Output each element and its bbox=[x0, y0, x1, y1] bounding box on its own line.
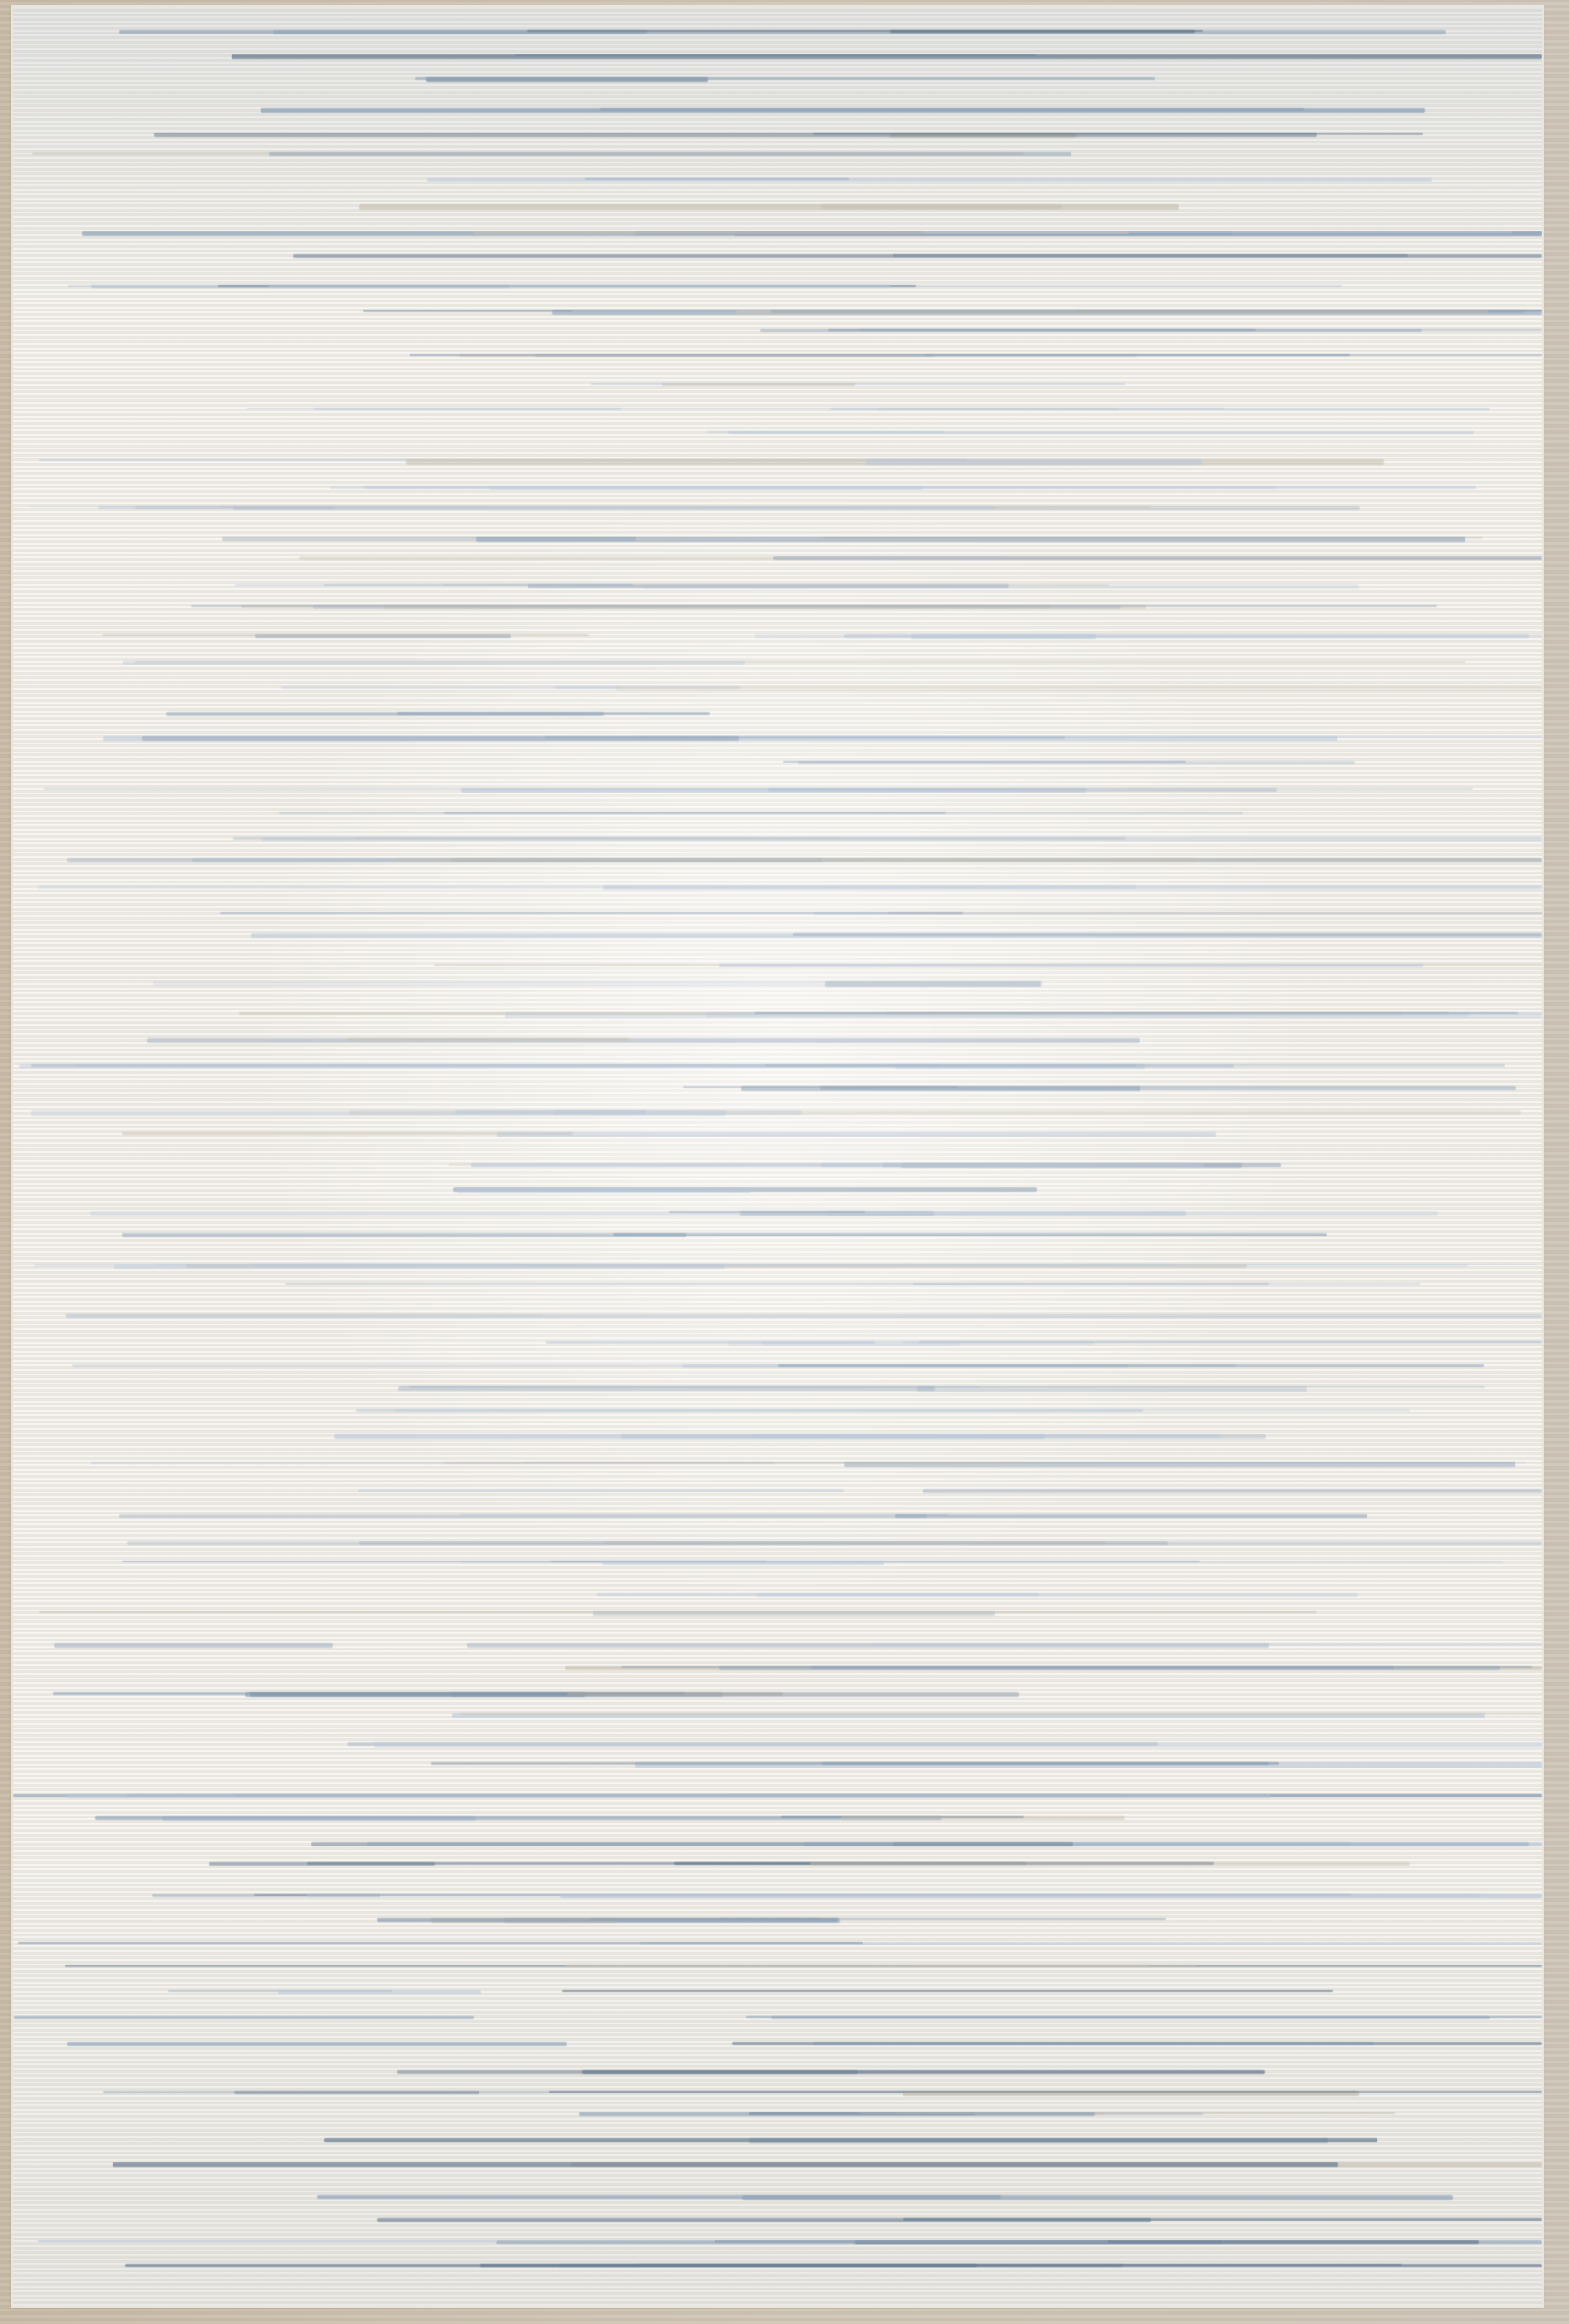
rug-stripe bbox=[773, 556, 1542, 559]
rug-stripe bbox=[398, 1386, 935, 1392]
rug-stripe bbox=[922, 231, 1512, 234]
rug-stripe bbox=[480, 2264, 977, 2267]
rug-stripe bbox=[871, 1643, 1542, 1647]
rug-stripe bbox=[65, 1314, 543, 1316]
rug-stripe bbox=[166, 712, 604, 716]
rug-stripe bbox=[460, 1514, 948, 1517]
rug-stripe bbox=[142, 736, 739, 741]
rug-stripe bbox=[127, 1541, 1542, 1545]
rug-stripe bbox=[54, 1643, 333, 1648]
rug bbox=[13, 7, 1542, 2306]
rug-stripe bbox=[917, 1386, 1307, 1392]
rug-stripe bbox=[359, 204, 1179, 210]
rug-stripe bbox=[497, 1132, 1216, 1136]
rug-stripe bbox=[579, 2112, 1095, 2116]
rug-stripe bbox=[262, 837, 1542, 841]
rug-stripe bbox=[489, 486, 923, 490]
rug-stripe bbox=[222, 537, 636, 541]
rug-stripe bbox=[324, 2138, 1377, 2142]
rug-stripe bbox=[597, 1593, 1039, 1596]
rug-stripe bbox=[394, 1409, 1410, 1412]
rug-stripe bbox=[31, 1064, 1505, 1067]
rug-stripe bbox=[460, 1713, 1542, 1715]
rug-stripe bbox=[123, 661, 745, 665]
rug-stripe-pattern bbox=[13, 7, 1542, 2306]
rug-stripe bbox=[715, 2240, 1108, 2243]
rug-stripe bbox=[760, 329, 1422, 332]
rug-stripe bbox=[600, 108, 1304, 112]
rug-stripe bbox=[18, 1942, 863, 1945]
rug-stripe bbox=[742, 2195, 1453, 2200]
rug-stripe bbox=[866, 459, 1202, 465]
rug-stripe bbox=[247, 408, 1225, 409]
rug-stripe bbox=[590, 1918, 820, 1921]
rug-stripe bbox=[122, 1233, 686, 1237]
rug-stripe bbox=[66, 1794, 1270, 1798]
rug-stripe bbox=[707, 431, 944, 433]
rug-stripe bbox=[395, 858, 1198, 862]
rug-stripe bbox=[923, 1489, 1542, 1493]
rug-stripe bbox=[39, 1611, 1317, 1613]
rug-stripe bbox=[546, 1341, 875, 1344]
rug-stripe bbox=[191, 605, 1437, 607]
rug-stripe bbox=[457, 1187, 751, 1193]
rug-stripe bbox=[374, 1742, 1542, 1748]
rug-stripe bbox=[613, 1233, 1327, 1236]
rug-stripe bbox=[397, 2070, 858, 2073]
rug-stripe bbox=[95, 1816, 942, 1820]
rug-stripe bbox=[285, 1283, 1269, 1285]
rug-stripe bbox=[278, 1990, 481, 1994]
rug-stripe bbox=[102, 634, 589, 636]
rug-stripe bbox=[895, 1514, 1367, 1519]
rug-stripe bbox=[279, 812, 1243, 814]
rug-stripe bbox=[14, 2016, 474, 2019]
rug-stripe bbox=[113, 2162, 1338, 2167]
rug-stripe bbox=[560, 1894, 1542, 1898]
rug-stripe bbox=[154, 133, 1317, 137]
rug-stripe bbox=[669, 1211, 865, 1213]
rug-stripe bbox=[324, 584, 633, 586]
rug-stripe bbox=[311, 1842, 1073, 1846]
rug-stripe bbox=[783, 761, 1186, 763]
rug-stripe bbox=[427, 178, 1432, 182]
rug-stripe bbox=[269, 152, 1071, 156]
rug-stripe bbox=[822, 1762, 1269, 1765]
rug-stripe bbox=[621, 1666, 1532, 1668]
rug-stripe bbox=[841, 1816, 1125, 1820]
rug-stripe bbox=[752, 1434, 1221, 1438]
rug-stripe bbox=[719, 964, 1423, 967]
rug-stripe bbox=[377, 2218, 1151, 2222]
rug-stripe bbox=[358, 1489, 844, 1492]
rug-stripe bbox=[38, 885, 1136, 890]
rug-stripe bbox=[810, 1862, 1410, 1866]
rug-stripe bbox=[461, 1561, 1503, 1564]
rug-stripe bbox=[31, 1110, 726, 1116]
rug-stripe bbox=[793, 933, 1542, 936]
rug-stripe bbox=[153, 1264, 1537, 1265]
rug-stripe bbox=[269, 285, 890, 288]
rug-stripe bbox=[771, 310, 1525, 313]
rug-stripe bbox=[471, 1163, 1204, 1167]
rug-stripe bbox=[778, 1364, 1484, 1367]
rug-stripe bbox=[98, 506, 994, 510]
rug-stripe bbox=[250, 1692, 1019, 1698]
photo-scene bbox=[0, 0, 1569, 2324]
rug-stripe bbox=[890, 30, 1195, 33]
rug-stripe bbox=[220, 912, 963, 915]
rug-stripe bbox=[67, 2042, 567, 2046]
rug-stripe bbox=[662, 383, 855, 386]
rug-stripe bbox=[755, 634, 1542, 638]
rug-stripe bbox=[444, 1462, 1027, 1464]
rug-stripe bbox=[415, 77, 1155, 80]
rug-stripe bbox=[732, 2042, 1542, 2044]
rug-stripe bbox=[903, 1341, 1542, 1344]
rug-stripe bbox=[741, 1086, 1140, 1091]
rug-stripe bbox=[293, 254, 1542, 257]
rug-stripe bbox=[771, 2016, 1490, 2019]
rug-stripe bbox=[616, 686, 1542, 692]
rug-stripe bbox=[147, 1038, 1140, 1043]
rug-stripe bbox=[234, 2091, 479, 2094]
rug-stripe bbox=[825, 981, 1041, 987]
rug-stripe bbox=[232, 54, 1542, 59]
rug-stripe bbox=[38, 2240, 496, 2242]
rug-stripe bbox=[562, 1990, 1333, 1992]
rug-stripe bbox=[347, 1038, 629, 1041]
rug-stripe bbox=[566, 1965, 1149, 1967]
